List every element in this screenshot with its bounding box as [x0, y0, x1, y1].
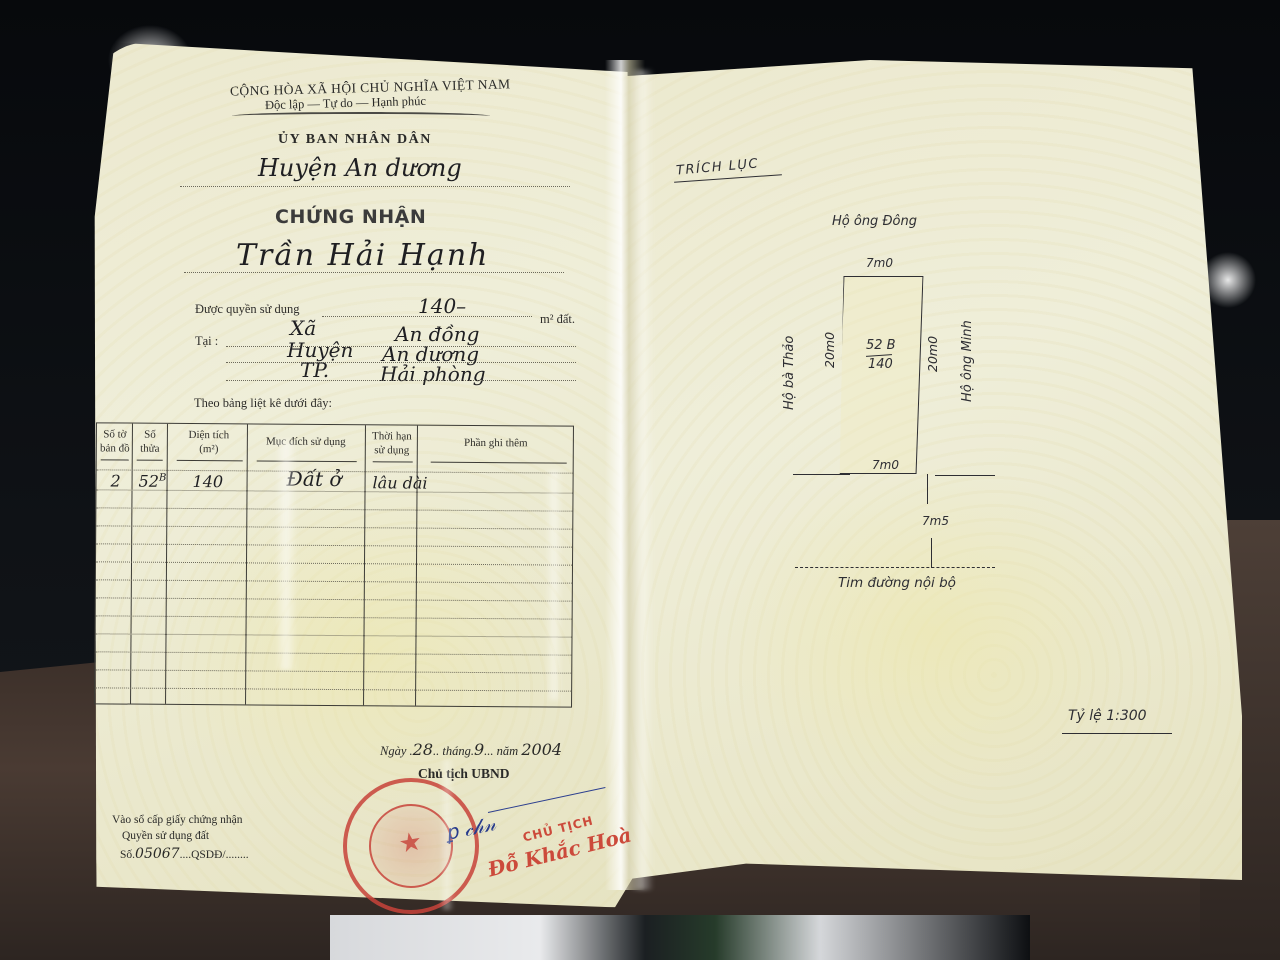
table-intro: Theo bảng liệt kê dưới đây:	[194, 396, 332, 411]
certificate-right-page	[622, 60, 1242, 880]
registry-number-line: Số.05067....QSDĐ/........	[120, 846, 249, 862]
dotted-line	[226, 380, 576, 381]
column-divider	[165, 424, 168, 704]
header-term: Thời hạn sử dụng	[369, 429, 415, 457]
registry-number: 05067	[135, 846, 180, 862]
table-row-line	[96, 507, 572, 511]
issue-day: 28	[413, 740, 433, 759]
registry-line-2: Quyền sử dụng đất	[122, 830, 209, 842]
owner-name: Trần Hải Hạnh	[236, 238, 489, 273]
dotted-line	[180, 186, 570, 187]
land-parcel-outline	[837, 276, 924, 474]
table-row-line	[96, 633, 572, 637]
neighbor-west: Hộ bà Thảo	[782, 336, 797, 410]
issue-date: Ngày .28.. tháng.9... năm 2004	[380, 740, 562, 759]
area-value: 140–	[418, 294, 466, 318]
neighbor-east: Hộ ông Minh	[960, 320, 975, 402]
table-row-line	[96, 543, 572, 547]
header-area: Diện tích (m²)	[179, 428, 239, 456]
header-underline	[431, 462, 567, 464]
top-width: 7m0	[866, 256, 893, 270]
boundary-line-east	[935, 475, 995, 476]
header-purpose: Mục đích sử dụng	[249, 434, 363, 449]
table-row-line	[95, 669, 571, 673]
issuer-label: ỦY BAN NHÂN DÂN	[278, 132, 432, 148]
booklet-spine	[605, 60, 645, 890]
parcel-suffix: B	[159, 472, 166, 483]
city-prefix: TP.	[300, 358, 329, 382]
header-underline	[257, 460, 357, 462]
parcel-id: 52 B	[866, 338, 896, 353]
road-label: Tim đường nội bộ	[838, 575, 956, 591]
map-scale: Tỷ lệ 1:300	[1068, 708, 1147, 724]
column-divider	[130, 424, 133, 704]
issue-month: 9	[474, 740, 484, 759]
cell-map-sheet: 2	[111, 471, 121, 490]
cell-parcel-no: 52B	[139, 472, 167, 491]
access-width: 7m5	[922, 514, 949, 528]
cell-term: lâu dài	[373, 473, 428, 492]
bottom-width: 7m0	[872, 458, 899, 472]
signer-title: Chủ tịch UBND	[418, 766, 510, 782]
issue-year: 2004	[521, 740, 562, 759]
floor-background	[330, 915, 1030, 960]
header-underline	[137, 460, 163, 461]
table-row-line	[96, 597, 572, 601]
location-label: Tại :	[195, 334, 218, 349]
neighbor-north: Hộ ông Đông	[832, 214, 917, 229]
national-emblem-star-icon: ★	[368, 821, 452, 864]
header-underline	[177, 460, 243, 461]
table-row-line	[96, 561, 572, 565]
use-right-label: Được quyền sử dụng	[195, 302, 300, 317]
access-line-top	[927, 474, 928, 504]
header-underline	[373, 461, 413, 462]
header-notes: Phần ghi thêm	[422, 436, 570, 451]
table-row-line	[95, 687, 571, 691]
header-map-sheet: Số tờ bản đồ	[99, 427, 131, 455]
table-row-line	[95, 651, 571, 655]
parcel-area: 140	[868, 357, 893, 372]
road-centerline	[795, 567, 995, 568]
scale-underline	[1062, 733, 1172, 734]
column-divider	[245, 424, 248, 704]
table-row-line	[96, 525, 572, 529]
registry-line-1: Vào sổ cấp giấy chứng nhận	[112, 814, 242, 826]
column-divider	[363, 425, 366, 705]
dotted-line	[184, 272, 564, 273]
boundary-line-west	[793, 474, 850, 475]
commune-prefix: Xã	[290, 316, 316, 340]
cell-area: 140	[193, 472, 224, 491]
area-unit: m² đất.	[540, 312, 575, 327]
header-parcel-no: Số thửa	[134, 428, 166, 456]
table-row-line	[96, 615, 572, 619]
header-underline	[101, 459, 129, 460]
header-divider	[232, 112, 490, 120]
table-row-line	[96, 579, 572, 583]
access-line-bottom	[931, 538, 932, 568]
certificate-title: CHỨNG NHẬN	[275, 206, 426, 228]
right-length: 20m0	[925, 336, 940, 372]
seal-emblem-ring: ★	[362, 797, 459, 894]
left-length: 20m0	[822, 332, 837, 368]
column-divider	[415, 426, 418, 706]
city-value: Hải phòng	[380, 362, 486, 386]
land-parcel-table: Số tờ bản đồ Số thửa Diện tích (m²) Mục …	[94, 422, 574, 707]
issuer-district: Huyện An dương	[258, 154, 462, 182]
